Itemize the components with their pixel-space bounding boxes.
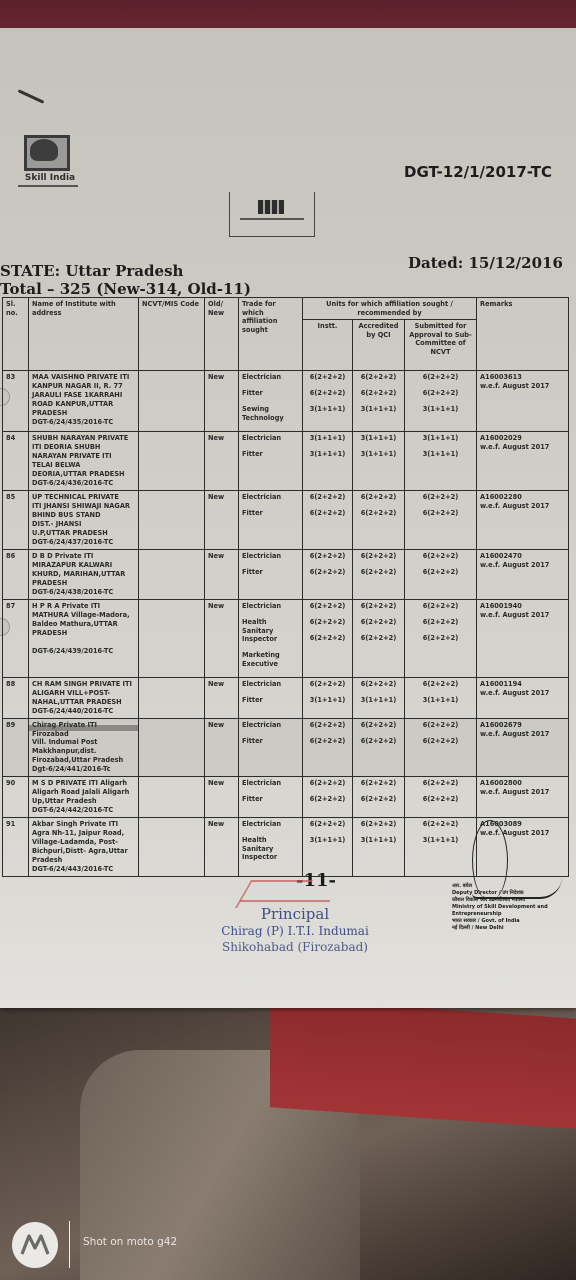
ncvt-code-cell-line <box>142 434 201 443</box>
old-new-cell: New <box>205 491 239 550</box>
table-row: 87H P R A Private ITIMATHURA Village-Mad… <box>3 600 569 678</box>
col-inst: Instt. <box>303 320 353 371</box>
inst-units-cell-line: 6(2+2+2) <box>306 568 349 577</box>
submitted-units-cell-line: 6(2+2+2) <box>408 509 473 518</box>
official-stamp: आर. बघेलDeputy Director / उप निदेशककौशल … <box>452 883 576 943</box>
submitted-units-cell-line: 6(2+2+2) <box>408 795 473 804</box>
col-institute-name: Name of Institute with address <box>29 298 139 371</box>
inst-units-cell: 6(2+2+2)3(1+1+1) <box>303 818 353 877</box>
ncvt-code-cell <box>139 491 205 550</box>
old-new-cell: New <box>205 432 239 491</box>
remarks-cell-line: A16001940 <box>480 602 565 611</box>
remarks-cell-line: A16001194 <box>480 680 565 689</box>
trade-cell: ElectricianFitterSewing Technology <box>239 371 303 432</box>
institute-name-cell-line: Makkhanpur,dist. <box>32 747 135 756</box>
inst-units-cell-line: 3(1+1+1) <box>306 696 349 705</box>
qci-units-cell: 6(2+2+2)6(2+2+2) <box>353 719 405 777</box>
institute-name-cell-line: BHIND BUS STAND <box>32 511 135 520</box>
sl-no-cell: 91 <box>3 818 29 877</box>
institute-name-cell-line: Agra Nh-11, Jaipur Road, <box>32 829 135 838</box>
old-new-cell: New <box>205 818 239 877</box>
institute-name-cell-line: DGT-6/24/442/2016-TC <box>32 806 135 815</box>
ncvt-code-cell-line <box>142 680 201 689</box>
qci-units-cell-line: 6(2+2+2) <box>356 602 401 611</box>
trade-cell-line: Fitter <box>242 696 299 705</box>
institute-name-cell-line: Dgt-6/24/441/2016-Tc <box>32 765 135 774</box>
inst-units-cell-line: 3(1+1+1) <box>306 405 349 414</box>
trade-cell: ElectricianFitter <box>239 550 303 600</box>
inst-units-cell-line: 3(1+1+1) <box>306 836 349 845</box>
inst-units-cell-line: 6(2+2+2) <box>306 820 349 829</box>
qci-units-cell-line: 6(2+2+2) <box>356 389 401 398</box>
sl-no-cell-line: 83 <box>6 373 25 382</box>
trade-cell: ElectricianFitter <box>239 777 303 818</box>
qci-units-cell-line: 3(1+1+1) <box>356 434 401 443</box>
iti-logo-mark-icon <box>258 200 284 214</box>
inst-units-cell: 6(2+2+2)6(2+2+2)6(2+2+2) <box>303 600 353 678</box>
remarks-cell-line: w.e.f. August 2017 <box>480 730 565 739</box>
institute-name-cell-line: Bichpuri,Distt- Agra,Uttar <box>32 847 135 856</box>
ncvt-code-cell-line <box>142 820 201 829</box>
submitted-units-cell-line: 6(2+2+2) <box>408 680 473 689</box>
trade-cell-line: Health Sanitary Inspector <box>242 618 299 644</box>
old-new-cell: New <box>205 678 239 719</box>
institute-name-cell-line: M S D PRIVATE ITI Aligarh <box>32 779 135 788</box>
remarks-cell-line: w.e.f. August 2017 <box>480 382 565 391</box>
submitted-units-cell: 3(1+1+1)3(1+1+1) <box>405 432 477 491</box>
remarks-cell: A16001194w.e.f. August 2017 <box>477 678 569 719</box>
qci-units-cell-line: 3(1+1+1) <box>356 836 401 845</box>
institute-name-cell-line: ITI DEORIA SHUBH <box>32 443 135 452</box>
submitted-units-cell-line: 6(2+2+2) <box>408 552 473 561</box>
remarks-cell-line: A16003613 <box>480 373 565 382</box>
trade-cell: ElectricianHealth Sanitary InspectorMark… <box>239 600 303 678</box>
trade-cell: ElectricianFitter <box>239 719 303 777</box>
trade-cell-line: Electrician <box>242 721 299 730</box>
ncvt-code-cell <box>139 550 205 600</box>
old-new-cell-line: New <box>208 680 235 689</box>
camera-watermark-text: Shot on moto g42 <box>83 1236 177 1248</box>
trade-cell-line: Marketing Executive <box>242 651 299 668</box>
table-row: 88CH RAM SINGH PRIVATE ITIALIGARH VILL+P… <box>3 678 569 719</box>
trade-cell-line: Health Sanitary Inspector <box>242 836 299 862</box>
qci-units-cell: 6(2+2+2)3(1+1+1) <box>353 818 405 877</box>
institute-name-cell-line: DGT-6/24/440/2016-TC <box>32 707 135 716</box>
old-new-cell: New <box>205 719 239 777</box>
qci-units-cell-line: 6(2+2+2) <box>356 820 401 829</box>
institute-name-cell-line <box>32 638 135 647</box>
submitted-units-cell: 6(2+2+2)3(1+1+1) <box>405 818 477 877</box>
old-new-cell-line: New <box>208 373 235 382</box>
institute-name-cell-line: D B D Private ITI <box>32 552 135 561</box>
submitted-units-cell-line: 3(1+1+1) <box>408 696 473 705</box>
remarks-cell-line: w.e.f. August 2017 <box>480 561 565 570</box>
ncvt-code-cell <box>139 678 205 719</box>
institute-name-cell: MAA VAISHNO PRIVATE ITIKANPUR NAGAR II, … <box>29 371 139 432</box>
trade-cell-line: Electrician <box>242 552 299 561</box>
remarks-cell-line: w.e.f. August 2017 <box>480 502 565 511</box>
submitted-units-cell: 6(2+2+2)6(2+2+2) <box>405 777 477 818</box>
inst-units-cell-line: 6(2+2+2) <box>306 680 349 689</box>
official-signature <box>472 877 562 899</box>
sl-no-cell-line: 84 <box>6 434 25 443</box>
qci-units-cell: 6(2+2+2)6(2+2+2)6(2+2+2) <box>353 600 405 678</box>
remarks-cell: A16002679w.e.f. August 2017 <box>477 719 569 777</box>
institute-name-cell-line: U.P,UTTAR PRADESH <box>32 529 135 538</box>
remarks-cell: A16002470w.e.f. August 2017 <box>477 550 569 600</box>
table-row: 84SHUBH NARAYAN PRIVATEITI DEORIA SHUBHN… <box>3 432 569 491</box>
qci-units-cell-line: 6(2+2+2) <box>356 509 401 518</box>
institute-name-cell-line: Pradesh <box>32 856 135 865</box>
remarks-cell-line: w.e.f. August 2017 <box>480 443 565 452</box>
inst-units-cell: 3(1+1+1)3(1+1+1) <box>303 432 353 491</box>
old-new-cell-line: New <box>208 779 235 788</box>
inst-units-cell-line: 6(2+2+2) <box>306 509 349 518</box>
inst-units-cell: 6(2+2+2)3(1+1+1) <box>303 678 353 719</box>
motorola-logo-icon <box>12 1222 58 1268</box>
sl-no-cell: 90 <box>3 777 29 818</box>
col-qci: Accredited by QCI <box>353 320 405 371</box>
table-row: 89Chirag Private ITI FirozabadVill. Indu… <box>3 719 569 777</box>
skill-india-label: Skill India <box>14 173 86 183</box>
ncvt-code-cell <box>139 600 205 678</box>
stamp-location: Shikohabad (Firozabad) <box>210 939 380 955</box>
ncvt-code-cell-line <box>142 493 201 502</box>
remarks-cell: A16002800w.e.f. August 2017 <box>477 777 569 818</box>
trade-cell-line: Electrician <box>242 493 299 502</box>
institute-name-cell: D B D Private ITIMIRAZAPUR KALWARIKHURD,… <box>29 550 139 600</box>
trade-cell-line: Fitter <box>242 737 299 746</box>
qci-units-cell: 6(2+2+2)6(2+2+2) <box>353 491 405 550</box>
institute-name-cell-line: JARAULI FASE 1KARRAHI <box>32 391 135 400</box>
remarks-cell-line: A16002029 <box>480 434 565 443</box>
institute-name-cell-line: DGT-6/24/437/2016-TC <box>32 538 135 547</box>
table-row: 83MAA VAISHNO PRIVATE ITIKANPUR NAGAR II… <box>3 371 569 432</box>
old-new-cell-line: New <box>208 721 235 730</box>
trade-cell: ElectricianFitter <box>239 491 303 550</box>
principal-stamp: Principal Chirag (P) I.T.I. Indumai Shik… <box>210 905 380 955</box>
motorola-m-icon <box>20 1234 50 1256</box>
old-new-cell-line: New <box>208 602 235 611</box>
submitted-units-cell-line: 6(2+2+2) <box>408 602 473 611</box>
principal-signature-stroke <box>240 900 330 902</box>
institute-name-cell-line: ITI JHANSI SHIWAJI NAGAR <box>32 502 135 511</box>
qci-units-cell-line: 6(2+2+2) <box>356 737 401 746</box>
sl-no-cell-line: 85 <box>6 493 25 502</box>
col-sl-no: Sl. no. <box>3 298 29 371</box>
trade-cell-line: Fitter <box>242 450 299 459</box>
inst-units-cell-line: 6(2+2+2) <box>306 779 349 788</box>
qci-units-cell-line: 6(2+2+2) <box>356 552 401 561</box>
submitted-units-cell-line: 6(2+2+2) <box>408 634 473 643</box>
sl-no-cell-line: 90 <box>6 779 25 788</box>
sl-no-cell-line: 86 <box>6 552 25 561</box>
col-remarks: Remarks <box>477 298 569 371</box>
submitted-units-cell-line: 3(1+1+1) <box>408 405 473 414</box>
skill-india-logo: Skill India <box>14 135 86 190</box>
qci-units-cell-line: 3(1+1+1) <box>356 696 401 705</box>
submitted-units-cell-line: 6(2+2+2) <box>408 737 473 746</box>
ncvt-code-cell-line <box>142 552 201 561</box>
stamp-title: Principal <box>210 905 380 923</box>
inst-units-cell-line: 6(2+2+2) <box>306 602 349 611</box>
qci-units-cell-line: 6(2+2+2) <box>356 634 401 643</box>
document-reference: DGT-12/1/2017-TC <box>404 163 552 181</box>
trade-cell: ElectricianFitter <box>239 678 303 719</box>
institute-name-cell-line: DGT-6/24/438/2016-TC <box>32 588 135 597</box>
institute-name-cell-line: DGT-6/24/436/2016-TC <box>32 479 135 488</box>
state-heading: STATE: Uttar Pradesh <box>0 262 183 280</box>
old-new-cell-line: New <box>208 552 235 561</box>
inst-units-cell: 6(2+2+2)6(2+2+2) <box>303 550 353 600</box>
institute-name-cell-line: DIST.- JHANSI <box>32 520 135 529</box>
institute-name-cell-line: UP TECHNICAL PRIVATE <box>32 493 135 502</box>
institute-name-cell-line: Village-Ladamda, Post- <box>32 838 135 847</box>
institute-name-cell: H P R A Private ITIMATHURA Village-Mador… <box>29 600 139 678</box>
institute-name-cell-line: NARAYAN PRIVATE ITI <box>32 452 135 461</box>
institute-name-cell-line: MATHURA Village-Madora, <box>32 611 135 620</box>
sl-no-cell: 88 <box>3 678 29 719</box>
remarks-cell: A16003613w.e.f. August 2017 <box>477 371 569 432</box>
sl-no-cell: 87 <box>3 600 29 678</box>
trade-cell-line: Electrician <box>242 373 299 382</box>
inst-units-cell-line: 6(2+2+2) <box>306 493 349 502</box>
old-new-cell: New <box>205 550 239 600</box>
remarks-cell-line: A16002679 <box>480 721 565 730</box>
sl-no-cell: 84 <box>3 432 29 491</box>
trade-cell: ElectricianHealth Sanitary Inspector <box>239 818 303 877</box>
submitted-units-cell-line: 6(2+2+2) <box>408 721 473 730</box>
institute-name-cell-line: TELAI BELWA <box>32 461 135 470</box>
submitted-units-cell: 6(2+2+2)6(2+2+2) <box>405 491 477 550</box>
stamp-institute: Chirag (P) I.T.I. Indumai <box>210 923 380 939</box>
institute-name-cell-line: ALIGARH VILL+POST- <box>32 689 135 698</box>
submitted-units-cell-line: 3(1+1+1) <box>408 836 473 845</box>
qci-units-cell-line: 6(2+2+2) <box>356 795 401 804</box>
col-ncvt-code: NCVT/MIS Code <box>139 298 205 371</box>
institute-name-cell-line: Vill. Indumai Post <box>32 738 135 747</box>
institute-name-cell: UP TECHNICAL PRIVATEITI JHANSI SHIWAJI N… <box>29 491 139 550</box>
submitted-units-cell: 6(2+2+2)6(2+2+2) <box>405 550 477 600</box>
submitted-units-cell-line: 6(2+2+2) <box>408 618 473 627</box>
trade-cell-line: Electrician <box>242 602 299 611</box>
institute-name-cell-line: MIRAZAPUR KALWARI <box>32 561 135 570</box>
qci-units-cell-line: 6(2+2+2) <box>356 618 401 627</box>
remarks-cell-line: A16002280 <box>480 493 565 502</box>
submitted-units-cell-line: 6(2+2+2) <box>408 779 473 788</box>
institute-name-cell-line: NAHAL,UTTAR PRADESH <box>32 698 135 707</box>
qci-units-cell: 6(2+2+2)6(2+2+2) <box>353 550 405 600</box>
institute-name-cell: SHUBH NARAYAN PRIVATEITI DEORIA SHUBHNAR… <box>29 432 139 491</box>
submitted-units-cell-line: 6(2+2+2) <box>408 820 473 829</box>
ncvt-code-cell <box>139 371 205 432</box>
institute-name-cell-line: DEORIA,UTTAR PRADESH <box>32 470 135 479</box>
remarks-cell-line: A16002470 <box>480 552 565 561</box>
institute-name-cell-line: DGT-6/24/435/2016-TC <box>32 418 135 427</box>
trade-cell-line: Fitter <box>242 568 299 577</box>
trade-cell-line: Electrician <box>242 434 299 443</box>
inst-units-cell-line: 6(2+2+2) <box>306 389 349 398</box>
old-new-cell-line: New <box>208 493 235 502</box>
submitted-units-cell: 6(2+2+2)6(2+2+2)3(1+1+1) <box>405 371 477 432</box>
qci-units-cell-line: 6(2+2+2) <box>356 779 401 788</box>
table-row: 86D B D Private ITIMIRAZAPUR KALWARIKHUR… <box>3 550 569 600</box>
institute-name-cell-line: Aligarh Road Jalali Aligarh <box>32 788 135 797</box>
inst-units-cell-line: 6(2+2+2) <box>306 634 349 643</box>
inst-units-cell: 6(2+2+2)6(2+2+2) <box>303 719 353 777</box>
inst-units-cell-line: 3(1+1+1) <box>306 434 349 443</box>
remarks-cell: A16002280w.e.f. August 2017 <box>477 491 569 550</box>
ncvt-code-cell-line <box>142 373 201 382</box>
trade-cell: ElectricianFitter <box>239 432 303 491</box>
watermark-divider <box>69 1221 70 1268</box>
institute-name-cell-line: CH RAM SINGH PRIVATE ITI <box>32 680 135 689</box>
qci-units-cell-line: 6(2+2+2) <box>356 680 401 689</box>
ncvt-code-cell <box>139 777 205 818</box>
trade-cell-line: Sewing Technology <box>242 405 299 422</box>
qci-units-cell: 3(1+1+1)3(1+1+1) <box>353 432 405 491</box>
submitted-units-cell-line: 3(1+1+1) <box>408 450 473 459</box>
inst-units-cell: 6(2+2+2)6(2+2+2) <box>303 777 353 818</box>
remarks-cell: A16001940w.e.f. August 2017 <box>477 600 569 678</box>
ncvt-code-cell <box>139 719 205 777</box>
qci-units-cell-line: 3(1+1+1) <box>356 450 401 459</box>
sl-no-cell: 86 <box>3 550 29 600</box>
ncvt-code-cell <box>139 432 205 491</box>
institute-name-cell-line: H P R A Private ITI <box>32 602 135 611</box>
inst-units-cell-line: 6(2+2+2) <box>306 552 349 561</box>
submitted-units-cell: 6(2+2+2)6(2+2+2)6(2+2+2) <box>405 600 477 678</box>
old-new-cell-line: New <box>208 434 235 443</box>
trade-cell-line: Electrician <box>242 779 299 788</box>
sl-no-cell: 89 <box>3 719 29 777</box>
qci-units-cell: 6(2+2+2)6(2+2+2) <box>353 777 405 818</box>
remarks-cell-line: w.e.f. August 2017 <box>480 788 565 797</box>
red-cloth <box>270 997 576 1128</box>
institute-name-cell-line: Firozabad,Uttar Pradesh <box>32 756 135 765</box>
submitted-units-cell: 6(2+2+2)6(2+2+2) <box>405 719 477 777</box>
official-stamp-line: भारत सरकार / Govt. of India <box>452 918 576 925</box>
table-row: 90M S D PRIVATE ITI AligarhAligarh Road … <box>3 777 569 818</box>
inst-units-cell: 6(2+2+2)6(2+2+2)3(1+1+1) <box>303 371 353 432</box>
institute-name-cell: Akbar Singh Private ITIAgra Nh-11, Jaipu… <box>29 818 139 877</box>
ncvt-code-cell-line <box>142 602 201 611</box>
affiliation-table: Sl. no. Name of Institute with address N… <box>2 297 569 877</box>
col-submitted: Submitted for Approval to Sub-Committee … <box>405 320 477 371</box>
submitted-units-cell-line: 3(1+1+1) <box>408 434 473 443</box>
iti-logo-subtitle <box>240 218 304 220</box>
old-new-cell-line: New <box>208 820 235 829</box>
qci-units-cell-line: 6(2+2+2) <box>356 568 401 577</box>
table-body: 83MAA VAISHNO PRIVATE ITIKANPUR NAGAR II… <box>3 371 569 877</box>
remarks-cell-line: A16002800 <box>480 779 565 788</box>
submitted-units-cell-line: 6(2+2+2) <box>408 493 473 502</box>
inst-units-cell-line: 6(2+2+2) <box>306 373 349 382</box>
institute-name-cell-line: DGT-6/24/439/2016-TC <box>32 647 135 656</box>
lion-icon <box>30 139 58 161</box>
inst-units-cell: 6(2+2+2)6(2+2+2) <box>303 491 353 550</box>
qci-units-cell-line: 6(2+2+2) <box>356 721 401 730</box>
remarks-cell-line: w.e.f. August 2017 <box>480 611 565 620</box>
inst-units-cell-line: 3(1+1+1) <box>306 450 349 459</box>
inst-units-cell-line: 6(2+2+2) <box>306 721 349 730</box>
table-row: 85UP TECHNICAL PRIVATEITI JHANSI SHIWAJI… <box>3 491 569 550</box>
sl-no-cell: 85 <box>3 491 29 550</box>
submitted-units-cell: 6(2+2+2)3(1+1+1) <box>405 678 477 719</box>
old-new-cell: New <box>205 600 239 678</box>
sl-no-cell-line: 87 <box>6 602 25 611</box>
institute-name-cell-line: PRADESH <box>32 579 135 588</box>
sl-no-cell-line: 91 <box>6 820 25 829</box>
document-date: Dated: 15/12/2016 <box>408 254 563 272</box>
total-heading: Total – 325 (New-314, Old-11) <box>0 280 251 298</box>
qci-units-cell-line: 6(2+2+2) <box>356 493 401 502</box>
submitted-units-cell-line: 6(2+2+2) <box>408 389 473 398</box>
ncvt-code-cell <box>139 818 205 877</box>
submitted-units-cell-line: 6(2+2+2) <box>408 373 473 382</box>
institute-name-cell-line: SHUBH NARAYAN PRIVATE <box>32 434 135 443</box>
col-trade: Trade for which affiliation sought <box>239 298 303 371</box>
institute-name-cell-line: PRADESH <box>32 629 135 638</box>
old-new-cell: New <box>205 777 239 818</box>
remarks-cell: A16002029w.e.f. August 2017 <box>477 432 569 491</box>
institute-name-cell-line: ROAD KANPUR,UTTAR <box>32 400 135 409</box>
qci-units-cell-line: 3(1+1+1) <box>356 405 401 414</box>
institute-name-cell-line: KHURD, MARIHAN,UTTAR <box>32 570 135 579</box>
institute-name-cell-line: DGT-6/24/443/2016-TC <box>32 865 135 874</box>
remarks-cell-line: w.e.f. August 2017 <box>480 689 565 698</box>
institute-name-cell-line: KANPUR NAGAR II, R. 77 <box>32 382 135 391</box>
institute-name-cell-line: Akbar Singh Private ITI <box>32 820 135 829</box>
iti-logo <box>229 192 315 237</box>
institute-name-cell-line: Up,Uttar Pradesh <box>32 797 135 806</box>
submitted-units-cell-line: 6(2+2+2) <box>408 568 473 577</box>
ncvt-code-cell-line <box>142 721 201 730</box>
ncvt-code-cell-line <box>142 779 201 788</box>
institute-name-cell-line: MAA VAISHNO PRIVATE ITI <box>32 373 135 382</box>
official-stamp-line: नई दिल्ली / New Delhi <box>452 925 576 932</box>
institute-name-cell-line: Baldeo Mathura,UTTAR <box>32 620 135 629</box>
sl-no-cell-line: 88 <box>6 680 25 689</box>
col-old-new: Old/ New <box>205 298 239 371</box>
official-stamp-line: Ministry of Skill Development and Entrep… <box>452 904 576 918</box>
old-new-cell: New <box>205 371 239 432</box>
sl-no-cell-line: 89 <box>6 721 25 730</box>
institute-name-cell: M S D PRIVATE ITI AligarhAligarh Road Ja… <box>29 777 139 818</box>
inst-units-cell-line: 6(2+2+2) <box>306 618 349 627</box>
institute-name-cell-line: Chirag Private ITI Firozabad <box>32 721 135 738</box>
qci-units-cell: 6(2+2+2)3(1+1+1) <box>353 678 405 719</box>
trade-cell-line: Fitter <box>242 509 299 518</box>
institute-name-cell: Chirag Private ITI FirozabadVill. Induma… <box>29 719 139 777</box>
trade-cell-line: Fitter <box>242 795 299 804</box>
trade-cell-line: Electrician <box>242 680 299 689</box>
institute-name-cell: CH RAM SINGH PRIVATE ITIALIGARH VILL+POS… <box>29 678 139 719</box>
qci-units-cell: 6(2+2+2)6(2+2+2)3(1+1+1) <box>353 371 405 432</box>
sl-no-cell: 83 <box>3 371 29 432</box>
col-units-group: Units for which affiliation sought / rec… <box>303 298 477 320</box>
inst-units-cell-line: 6(2+2+2) <box>306 737 349 746</box>
trade-cell-line: Electrician <box>242 820 299 829</box>
trade-cell-line: Fitter <box>242 389 299 398</box>
qci-units-cell-line: 6(2+2+2) <box>356 373 401 382</box>
skill-india-tagline <box>18 185 78 187</box>
inst-units-cell-line: 6(2+2+2) <box>306 795 349 804</box>
institute-name-cell-line: PRADESH <box>32 409 135 418</box>
